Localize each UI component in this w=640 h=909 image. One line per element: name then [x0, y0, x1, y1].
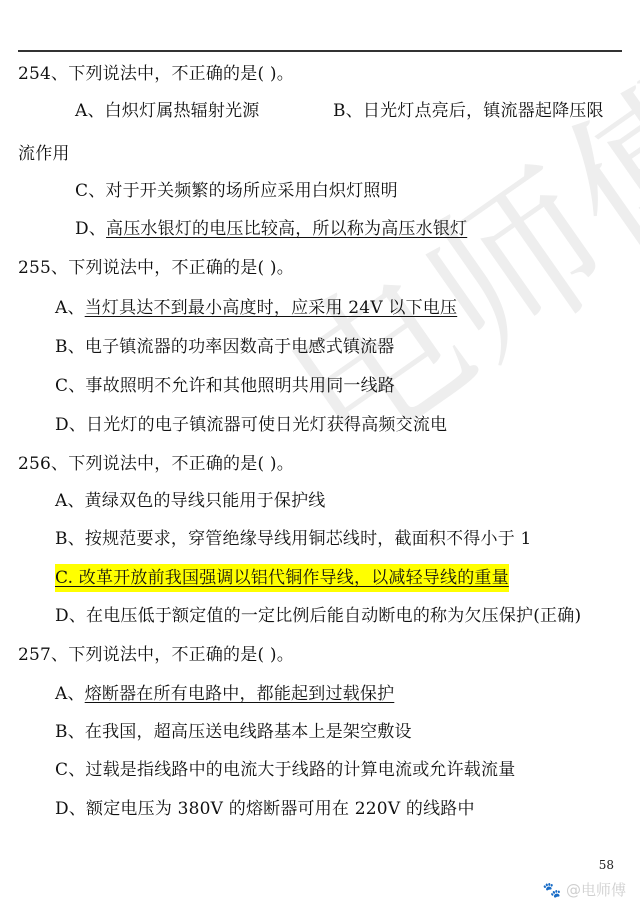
- option-prefix: A、: [55, 298, 85, 318]
- header-rule: [18, 50, 622, 52]
- question-256-option-b: B、按规范要求，穿管绝缘导线用铜芯线时，截面积不得小于 1: [55, 527, 532, 551]
- page-number: 58: [599, 858, 614, 872]
- answer-underlined: 高压水银灯的电压比较高，所以称为高压水银灯: [106, 219, 467, 239]
- question-256-option-c-highlighted: C. 改革开放前我国强调以铝代铜作导线，以减轻导线的重量: [55, 564, 509, 592]
- option-prefix: A、: [55, 684, 85, 704]
- question-254-stem: 254、下列说法中，不正确的是( )。: [18, 62, 294, 86]
- question-254-option-b: B、日光灯点亮后，镇流器起降压限: [333, 99, 604, 123]
- paw-icon: 🐾: [543, 881, 562, 899]
- brand-watermark: 🐾 @电师傅: [543, 879, 626, 900]
- question-256-stem: 256、下列说法中，不正确的是( )。: [18, 452, 294, 476]
- question-255-option-a: A、当灯具达不到最小高度时，应采用 24V 以下电压: [55, 296, 457, 320]
- question-254-option-a: A、白炽灯属热辐射光源: [75, 99, 259, 123]
- question-257-option-d: D、额定电压为 380V 的熔断器可用在 220V 的线路中: [55, 797, 475, 821]
- option-prefix: D、: [75, 219, 106, 239]
- question-257-option-c: C、过载是指线路中的电流大于线路的计算电流或允许载流量: [55, 758, 515, 782]
- question-256-option-d: D、在电压低于额定值的一定比例后能自动断电的称为欠压保护(正确): [55, 604, 581, 628]
- question-255-option-d: D、日光灯的电子镇流器可使日光灯获得高频交流电: [55, 413, 447, 437]
- question-257-option-a: A、熔断器在所有电路中，都能起到过载保护: [55, 682, 394, 706]
- question-255-option-c: C、事故照明不允许和其他照明共用同一线路: [55, 374, 395, 398]
- question-254-option-b-cont: 流作用: [18, 142, 70, 166]
- brand-tag: @电师傅: [566, 881, 626, 899]
- answer-underlined: 当灯具达不到最小高度时，应采用 24V 以下电压: [85, 298, 458, 318]
- question-254-option-c: C、对于开关频繁的场所应采用白炽灯照明: [75, 179, 398, 203]
- question-254-option-d: D、高压水银灯的电压比较高，所以称为高压水银灯: [75, 217, 467, 241]
- question-257-stem: 257、下列说法中，不正确的是( )。: [18, 643, 294, 667]
- question-256-option-a: A、黄绿双色的导线只能用于保护线: [55, 489, 325, 513]
- answer-underlined: 熔断器在所有电路中，都能起到过载保护: [85, 684, 395, 704]
- question-257-option-b: B、在我国，超高压送电线路基本上是架空敷设: [55, 720, 412, 744]
- question-255-option-b: B、电子镇流器的功率因数高于电感式镇流器: [55, 335, 395, 359]
- question-255-stem: 255、下列说法中，不正确的是( )。: [18, 256, 294, 280]
